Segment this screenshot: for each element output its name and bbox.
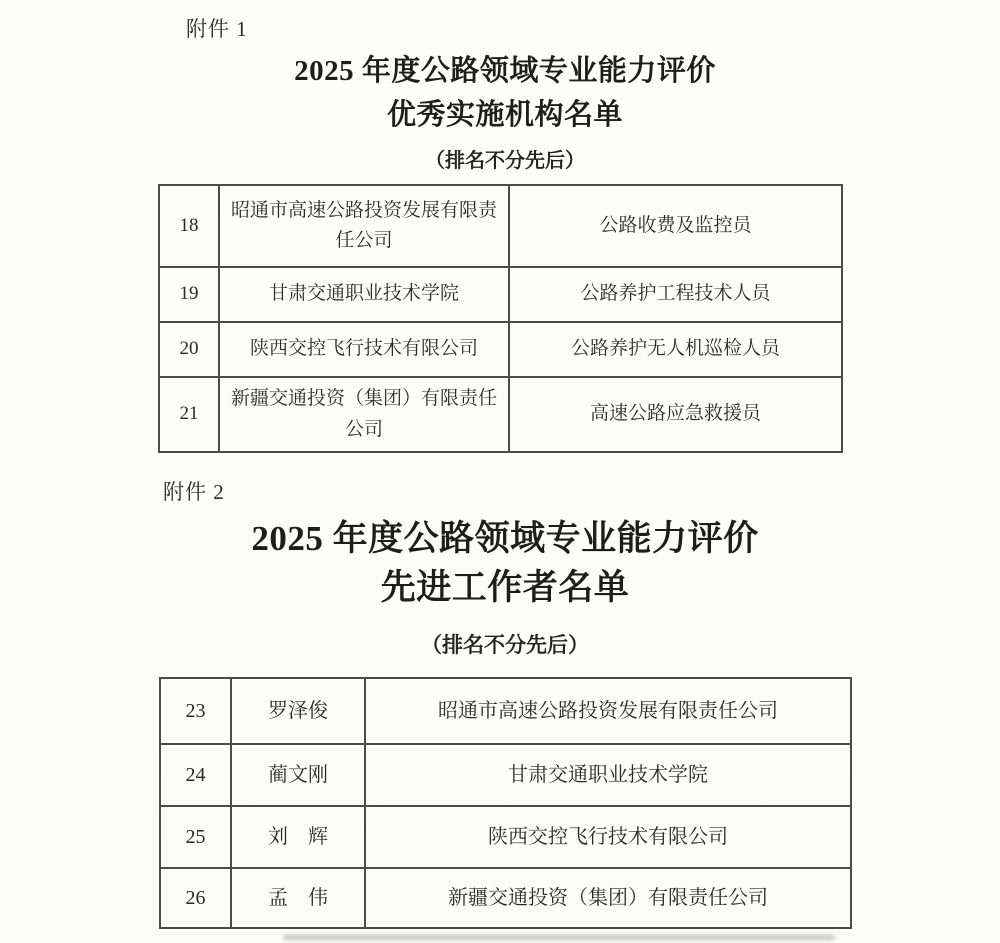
org-cell: 陕西交控飞行技术有限公司: [365, 806, 851, 868]
name-cell: 刘 辉: [231, 806, 365, 868]
attachment1-table: 18 昭通市高速公路投资发展有限责任公司 公路收费及监控员 19 甘肃交通职业技…: [158, 184, 843, 453]
org-cell: 陕西交控飞行技术有限公司: [219, 322, 509, 377]
occupation-cell: 公路收费及监控员: [509, 185, 842, 267]
table-row: 25 刘 辉 陕西交控飞行技术有限公司: [160, 806, 851, 868]
serial-cell: 20: [159, 322, 219, 377]
table-row: 23 罗泽俊 昭通市高速公路投资发展有限责任公司: [160, 678, 851, 744]
serial-cell: 24: [160, 744, 231, 806]
name-cell: 蔺文刚: [231, 744, 365, 806]
attachment2-title-line2: 先进工作者名单: [5, 563, 1000, 612]
attachment1-title-line2: 优秀实施机构名单: [5, 93, 1000, 137]
table-row: 20 陕西交控飞行技术有限公司 公路养护无人机巡检人员: [159, 322, 842, 377]
occupation-cell: 高速公路应急救援员: [509, 377, 842, 452]
org-cell: 昭通市高速公路投资发展有限责任公司: [219, 185, 509, 267]
table-row: 18 昭通市高速公路投资发展有限责任公司 公路收费及监控员: [159, 185, 842, 267]
serial-cell: 26: [160, 868, 231, 928]
attachment2-subtitle: （排名不分先后）: [5, 629, 1000, 659]
serial-cell: 25: [160, 806, 231, 868]
table-row: 21 新疆交通投资（集团）有限责任公司 高速公路应急救援员: [159, 377, 842, 452]
name-cell: 孟 伟: [231, 868, 365, 928]
serial-cell: 19: [159, 267, 219, 322]
attachment1-title: 2025 年度公路领域专业能力评价 优秀实施机构名单: [5, 49, 1000, 137]
org-cell: 甘肃交通职业技术学院: [365, 744, 851, 806]
org-cell: 新疆交通投资（集团）有限责任公司: [219, 377, 509, 452]
table-row: 19 甘肃交通职业技术学院 公路养护工程技术人员: [159, 267, 842, 322]
attachment1-subtitle: （排名不分先后）: [5, 144, 1000, 173]
scan-artifact: [283, 935, 835, 940]
attachment2-title-line1: 2025 年度公路领域专业能力评价: [5, 514, 1000, 563]
occupation-cell: 公路养护工程技术人员: [509, 267, 842, 322]
attachment1-title-line1: 2025 年度公路领域专业能力评价: [5, 49, 1000, 93]
org-cell: 新疆交通投资（集团）有限责任公司: [365, 868, 851, 928]
table-row: 24 蔺文刚 甘肃交通职业技术学院: [160, 744, 851, 806]
attachment2-label: 附件 2: [163, 476, 225, 506]
org-cell: 甘肃交通职业技术学院: [219, 267, 509, 322]
attachment1-label: 附件 1: [186, 13, 248, 43]
serial-cell: 18: [159, 185, 219, 267]
attachment2-title: 2025 年度公路领域专业能力评价 先进工作者名单: [5, 514, 1000, 612]
occupation-cell: 公路养护无人机巡检人员: [509, 322, 842, 377]
serial-cell: 21: [159, 377, 219, 452]
org-cell: 昭通市高速公路投资发展有限责任公司: [365, 678, 851, 744]
attachment2-table: 23 罗泽俊 昭通市高速公路投资发展有限责任公司 24 蔺文刚 甘肃交通职业技术…: [159, 677, 852, 929]
document-page: 附件 1 2025 年度公路领域专业能力评价 优秀实施机构名单 （排名不分先后）…: [0, 0, 1000, 943]
table-row: 26 孟 伟 新疆交通投资（集团）有限责任公司: [160, 868, 851, 928]
name-cell: 罗泽俊: [231, 678, 365, 744]
serial-cell: 23: [160, 678, 231, 744]
